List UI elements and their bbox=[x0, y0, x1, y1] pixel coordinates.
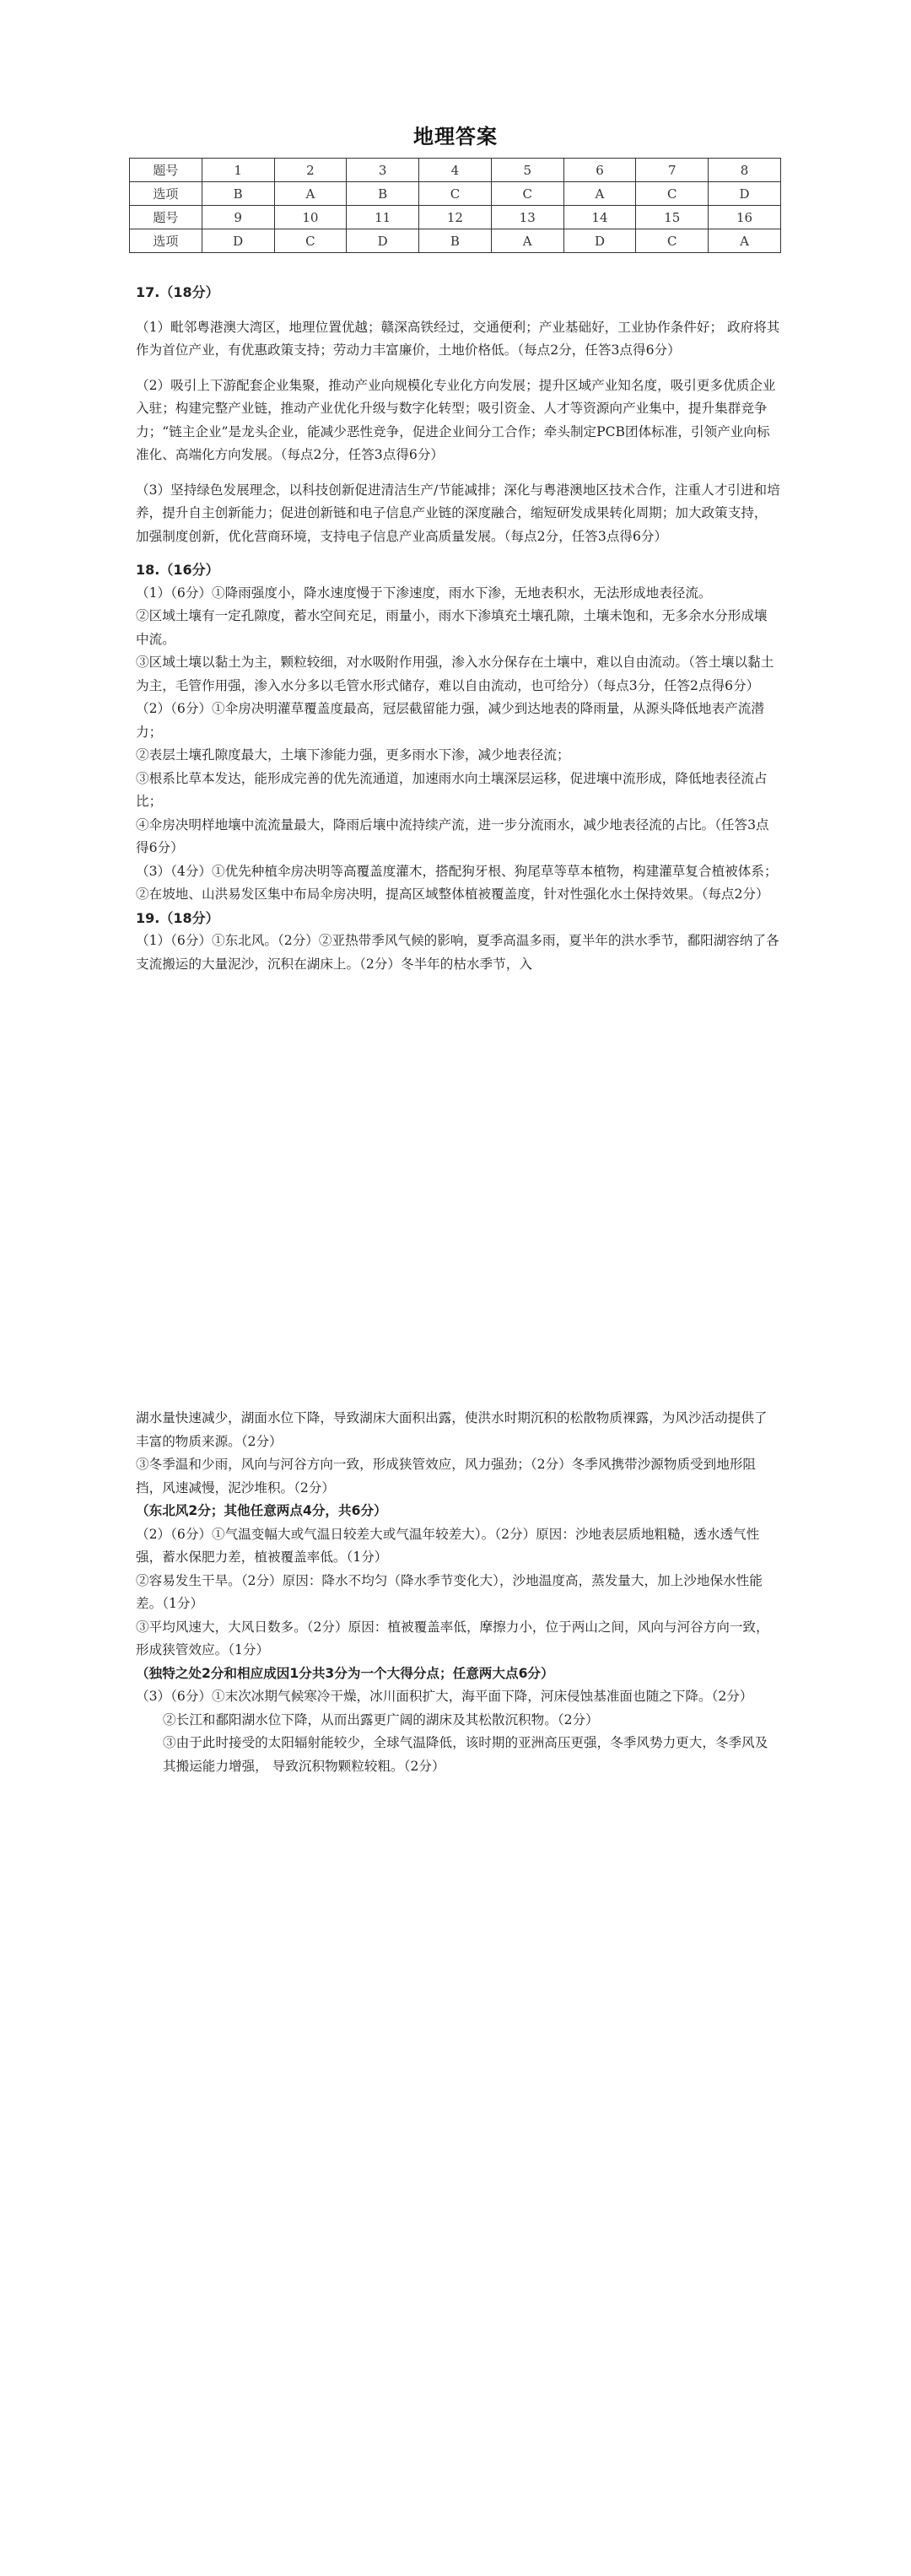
answer-line: 湖水量快速减少，湖面水位下降，导致湖床大面积出露，使洪水时期沉积的松散物质裸露，… bbox=[136, 1407, 780, 1453]
table-cell: B bbox=[347, 182, 419, 206]
table-cell: 5 bbox=[491, 159, 563, 182]
table-cell: 选项 bbox=[130, 182, 202, 206]
table-cell: C bbox=[419, 182, 492, 206]
table-cell: 13 bbox=[491, 206, 563, 229]
page-title: 地理答案 bbox=[0, 120, 911, 149]
answer-line: （3）（4分）①优先种植伞房决明等高覆盖度灌木，搭配狗牙根、狗尾草等草本植物，构… bbox=[136, 860, 780, 884]
table-cell: 8 bbox=[709, 159, 781, 182]
question-19-continued: 湖水量快速减少，湖面水位下降，导致湖床大面积出露，使洪水时期沉积的松散物质裸露，… bbox=[136, 1407, 780, 1778]
answer-line: ②容易发生干旱。（2分）原因：降水不均匀（降水季节变化大），沙地温度高，蒸发量大… bbox=[136, 1570, 780, 1616]
table-row-answers-2: 选项 D C D B A D C A bbox=[130, 229, 781, 253]
table-cell: D bbox=[202, 229, 274, 253]
table-cell: D bbox=[563, 229, 636, 253]
table-cell: 12 bbox=[419, 206, 492, 229]
question-heading: 18.（16分） bbox=[136, 558, 780, 582]
question-heading: 19.（18分） bbox=[136, 907, 780, 930]
scoring-note: （东北风2分；其他任意两点4分，共6分） bbox=[136, 1500, 780, 1523]
answer-line: ③冬季温和少雨，风向与河谷方向一致，形成狭管效应，风力强劲；（2分）冬季风携带沙… bbox=[136, 1453, 780, 1500]
answer-line: ③区域土壤以黏土为主，颗粒较细，对水吸附作用强，渗入水分保存在土壤中，难以自由流… bbox=[136, 651, 780, 698]
table-cell: C bbox=[636, 229, 709, 253]
scoring-note: （独特之处2分和相应成因1分共3分为一个大得分点；任意两大点6分） bbox=[136, 1663, 780, 1686]
table-cell: A bbox=[709, 229, 781, 253]
answer-line: （1）（6分）①降雨强度小，降水速度慢于下渗速度，雨水下渗，无地表积水，无法形成… bbox=[136, 582, 780, 606]
table-cell: 3 bbox=[347, 159, 419, 182]
table-row-answers-1: 选项 B A B C C A C D bbox=[130, 182, 781, 206]
answer-line: （3）（6分）①末次冰期气候寒冷干燥，冰川面积扩大，海平面下降，河床侵蚀基准面也… bbox=[136, 1685, 780, 1709]
table-cell: 题号 bbox=[130, 206, 202, 229]
answer-paragraph: （1）毗邻粤港澳大湾区，地理位置优越；赣深高铁经过，交通便利；产业基础好，工业协… bbox=[136, 316, 780, 363]
table-cell: 选项 bbox=[130, 229, 202, 253]
table-row-numbers-2: 题号 9 10 11 12 13 14 15 16 bbox=[130, 206, 781, 229]
table-cell: C bbox=[274, 229, 347, 253]
table-cell: 9 bbox=[202, 206, 274, 229]
table-cell: 2 bbox=[274, 159, 347, 182]
table-cell: B bbox=[419, 229, 492, 253]
table-cell: 10 bbox=[274, 206, 347, 229]
answer-line: ④伞房决明样地壤中流流量最大，降雨后壤中流持续产流，进一步分流雨水，减少地表径流… bbox=[136, 814, 780, 860]
table-cell: 14 bbox=[563, 206, 636, 229]
answer-paragraph: （2）吸引上下游配套企业集聚，推动产业向规模化专业化方向发展；提升区域产业知名度… bbox=[136, 375, 780, 467]
answer-line: ②区域土壤有一定孔隙度，蓄水空间充足，雨量小，雨水下渗填充土壤孔隙，土壤未饱和，… bbox=[136, 605, 780, 651]
answer-table: 题号 1 2 3 4 5 6 7 8 选项 B A B C C A C D 题号… bbox=[129, 158, 781, 253]
table-cell: 1 bbox=[202, 159, 274, 182]
answer-line: ③平均风速大，大风日数多。（2分）原因：植被覆盖率低，摩擦力小，位于两山之间，风… bbox=[136, 1616, 780, 1663]
table-cell: 15 bbox=[636, 206, 709, 229]
answer-line: ②长江和鄱阳湖水位下降，从而出露更广阔的湖床及其松散沉积物。（2分） bbox=[136, 1709, 780, 1733]
answer-line: ②表层土壤孔隙度最大，土壤下渗能力强，更多雨水下渗，减少地表径流； bbox=[136, 744, 780, 768]
table-cell: A bbox=[274, 182, 347, 206]
answer-line: ③由于此时接受的太阳辐射能较少，全球气温降低，该时期的亚洲高压更强，冬季风势力更… bbox=[136, 1732, 780, 1778]
table-cell: B bbox=[202, 182, 274, 206]
answer-line: ③根系比草本发达，能形成完善的优先流通道，加速雨水向土壤深层运移，促进壤中流形成… bbox=[136, 768, 780, 814]
table-cell: A bbox=[563, 182, 636, 206]
table-cell: 6 bbox=[563, 159, 636, 182]
question-heading: 17.（18分） bbox=[136, 281, 780, 304]
table-row-numbers-1: 题号 1 2 3 4 5 6 7 8 bbox=[130, 159, 781, 182]
question-17: 17.（18分） （1）毗邻粤港澳大湾区，地理位置优越；赣深高铁经过，交通便利；… bbox=[136, 281, 780, 976]
table-cell: 16 bbox=[709, 206, 781, 229]
table-cell: C bbox=[491, 182, 563, 206]
table-cell: 题号 bbox=[130, 159, 202, 182]
table-cell: D bbox=[347, 229, 419, 253]
answer-line: （2）（6分）①气温变幅大或气温日较差大或气温年较差大）。（2分）原因：沙地表层… bbox=[136, 1523, 780, 1570]
table-cell: 11 bbox=[347, 206, 419, 229]
table-cell: D bbox=[709, 182, 781, 206]
answer-line: （2）（6分）①伞房决明灌草覆盖度最高，冠层截留能力强，减少到达地表的降雨量，从… bbox=[136, 698, 780, 744]
table-cell: 7 bbox=[636, 159, 709, 182]
answer-line: ②在坡地、山洪易发区集中布局伞房决明，提高区域整体植被覆盖度，针对性强化水土保持… bbox=[136, 883, 780, 907]
answer-line: （1）（6分）①东北风。（2分）②亚热带季风气候的影响，夏季高温多雨，夏半年的洪… bbox=[136, 930, 780, 976]
answer-paragraph: （3）坚持绿色发展理念，以科技创新促进清洁生产/节能减排；深化与粤港澳地区技术合… bbox=[136, 479, 780, 549]
table-cell: A bbox=[491, 229, 563, 253]
table-cell: 4 bbox=[419, 159, 492, 182]
table-cell: C bbox=[636, 182, 709, 206]
